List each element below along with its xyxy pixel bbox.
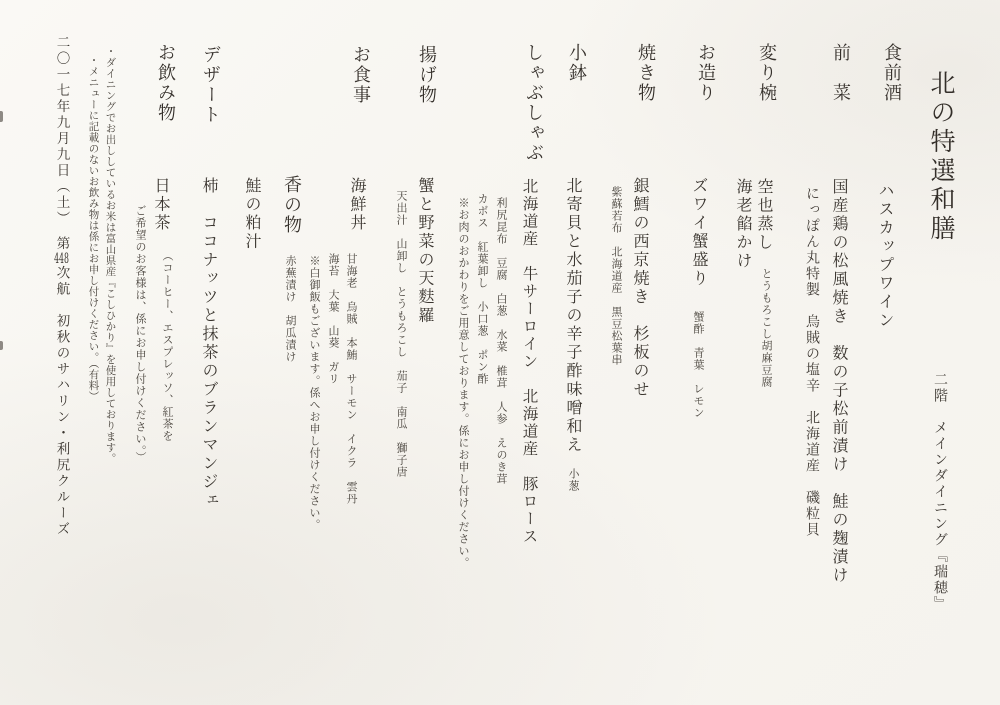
item-rice-toppings: 甘海老 烏賊 本鮪 サーモン イクラ 雲丹	[346, 253, 357, 505]
item-kasujiru-soup: 鮭の粕汁	[244, 177, 260, 251]
item-small-bowl: 北寄貝と水茄子の辛子酢味噌和え	[565, 177, 581, 455]
item-fried: 蟹と野菜の天麩羅	[417, 177, 433, 325]
section-label-soup-bowl: 変り椀	[757, 43, 775, 103]
venue-subtitle: 二階 メインダイニング『瑞穂』	[933, 372, 947, 612]
item-shabu-ingredients: 利尻昆布 豆腐 白葱 水菜 椎茸 人参 えのき茸	[496, 197, 507, 485]
menu-title: 北の特選和膳	[929, 70, 954, 244]
note-rice-option: ※白御飯もございます。係へお申し付けください。	[309, 255, 320, 531]
item-rice-condiments: 海苔 大葉 山葵 ガリ	[328, 253, 339, 385]
item-pickles: 赤蕪漬け 胡瓜漬け	[285, 255, 296, 363]
item-small-bowl-garnish: 小葱	[568, 468, 579, 492]
section-label-aperitif: 食前酒	[882, 43, 900, 103]
item-soup-bowl: 空也蒸し	[756, 178, 772, 252]
section-label-appetizer: 前 菜	[831, 43, 849, 103]
item-fried-garnish: 天出汁 山卸し とうもろこし 茄子 南瓜 獅子唐	[396, 190, 407, 478]
item-sashimi-garnish: 蟹酢 青葉 レモン	[693, 311, 704, 419]
item-appetizer-line1: 国産鶏の松風焼き 数の子松前漬け 鮭の麹漬け	[831, 178, 847, 585]
item-sashimi: ズワイ蟹盛り	[691, 177, 707, 288]
item-soup-bowl-garnish: とうもろこし胡麻豆腐	[761, 268, 772, 388]
section-label-sashimi: お造り	[696, 43, 714, 103]
section-label-rice: お食事	[351, 45, 369, 105]
date-text: 二〇一七年九月九日（土） 第	[54, 35, 70, 252]
scan-artifact	[0, 111, 3, 122]
note-shabu-refill: ※お肉のおかわりをご用意しております。係にお申し付けください。	[458, 197, 469, 569]
item-grilled: 銀鱈の西京焼き 杉板のせ	[632, 177, 648, 399]
item-aperitif: ハスカップワイン	[877, 182, 893, 330]
item-grilled-garnish: 紫蘇若布 北海道産 黒豆松葉串	[611, 186, 622, 366]
item-drinks-tea: 日本茶	[153, 177, 169, 233]
item-shabu: 北海道産 牛サーロイン 北海道産 豚ロース	[521, 178, 537, 546]
item-shabu-condiments: カボス 紅葉卸し 小口葱 ポン酢	[477, 193, 488, 385]
item-drinks-paren-line2: ご希望のお客様は、係にお申し付けください。）	[135, 205, 146, 464]
note-drinks-charge: ・メニューに記載のないお飲み物は係にお申し付けください。（有料）	[88, 55, 99, 402]
item-dessert: 柿 ココナッツと抹茶のブランマンジェ	[201, 177, 217, 510]
section-label-drinks: お飲み物	[156, 43, 174, 123]
menu-page: 北の特選和膳 二階 メインダイニング『瑞穂』 食前酒 ハスカップワイン 前 菜 …	[0, 0, 1000, 705]
item-drinks-paren-line1: （コーヒー、エスプレッソ、紅茶を	[162, 250, 173, 442]
item-soup-bowl-2: 海老餡かけ	[735, 178, 751, 271]
item-appetizer-line2: にっぽん丸特製 烏賊の塩辛 北海道産 磯粒貝	[805, 186, 819, 538]
note-rice-origin: ・ダイニングでお出ししているお米は富山県産『こしひかり』を使用しております。	[105, 46, 116, 464]
section-label-pickles: 香の物	[282, 175, 300, 235]
section-label-shabu: しゃぶしゃぶ	[524, 43, 542, 163]
item-rice: 海鮮丼	[349, 177, 365, 233]
voyage-number: 448	[54, 252, 70, 266]
section-label-fried: 揚げ物	[417, 45, 435, 105]
cruise-name: 次航 初秋のサハリン・利尻クルーズ	[54, 266, 70, 538]
section-label-grilled: 焼き物	[636, 43, 654, 103]
section-label-small-bowl: 小鉢	[567, 43, 585, 83]
section-label-dessert: デザート	[201, 45, 219, 125]
date-line: 二〇一七年九月九日（土） 第448次航 初秋のサハリン・利尻クルーズ	[54, 35, 68, 538]
scan-artifact	[0, 341, 3, 350]
